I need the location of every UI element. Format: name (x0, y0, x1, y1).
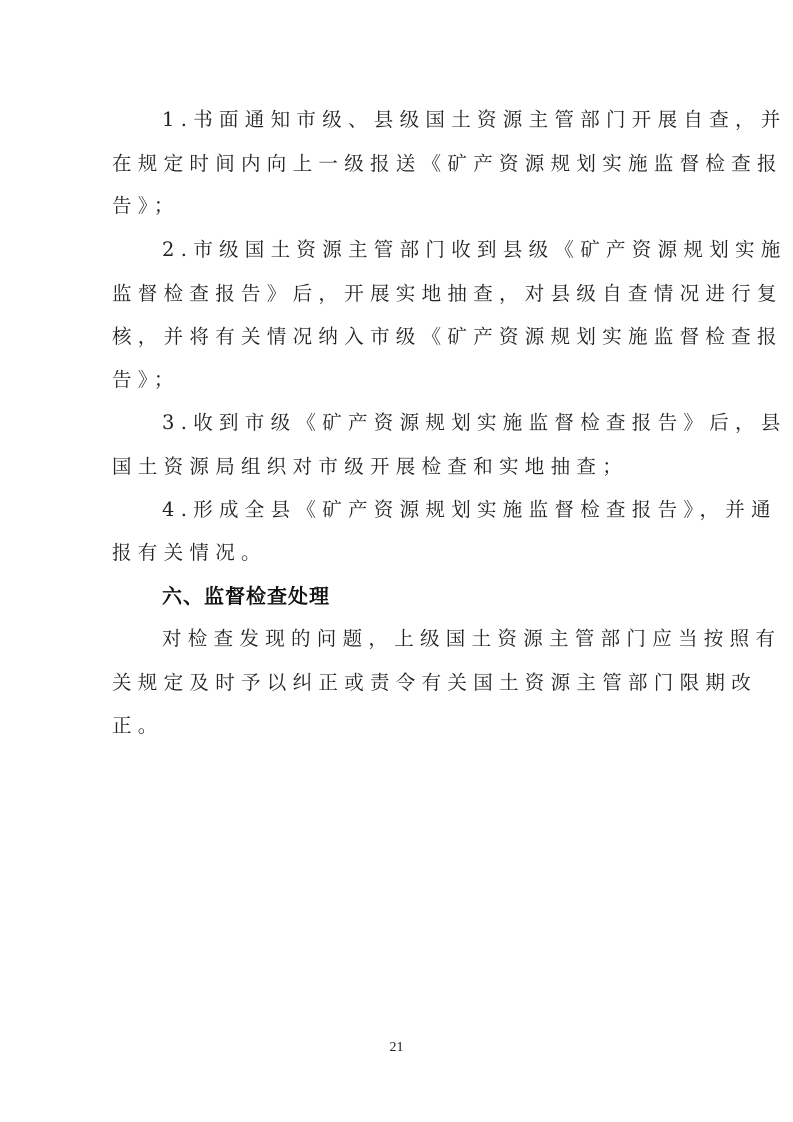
document-page: 1.书面通知市级、县级国土资源主管部门开展自查，并 在规定时间内向上一级报送《矿… (0, 0, 793, 1122)
item-3-line-1: 3.收到市级《矿产资源规划实施监督检查报告》后，县 (162, 411, 682, 435)
item-2-line-2: 监督检查报告》后，开展实地抽查，对县级自查情况进行复 (112, 282, 682, 306)
item-1-line-3: 告》； (112, 194, 682, 218)
item-2-line-4: 告》； (112, 368, 682, 392)
item-1-line-2: 在规定时间内向上一级报送《矿产资源规划实施监督检查报 (112, 152, 682, 176)
item-2-line-1: 2.市级国土资源主管部门收到县级《矿产资源规划实施 (162, 238, 682, 262)
section-heading: 六、监督检查处理 (162, 584, 330, 608)
item-3-line-2: 国土资源局组织对市级开展检查和实地抽查； (112, 455, 682, 479)
section-paragraph-line-1: 对检查发现的问题，上级国土资源主管部门应当按照有 (162, 627, 682, 651)
section-paragraph-line-2: 关规定及时予以纠正或责令有关国土资源主管部门限期改 (112, 671, 682, 695)
item-2-line-3: 核，并将有关情况纳入市级《矿产资源规划实施监督检查报 (112, 325, 682, 349)
item-4-line-1: 4.形成全县《矿产资源规划实施监督检查报告》，并通 (162, 498, 682, 522)
page-number: 21 (0, 1040, 793, 1056)
section-paragraph-line-3: 正。 (112, 714, 682, 738)
item-1-line-1: 1.书面通知市级、县级国土资源主管部门开展自查，并 (162, 108, 682, 132)
item-4-line-2: 报有关情况。 (112, 541, 682, 565)
